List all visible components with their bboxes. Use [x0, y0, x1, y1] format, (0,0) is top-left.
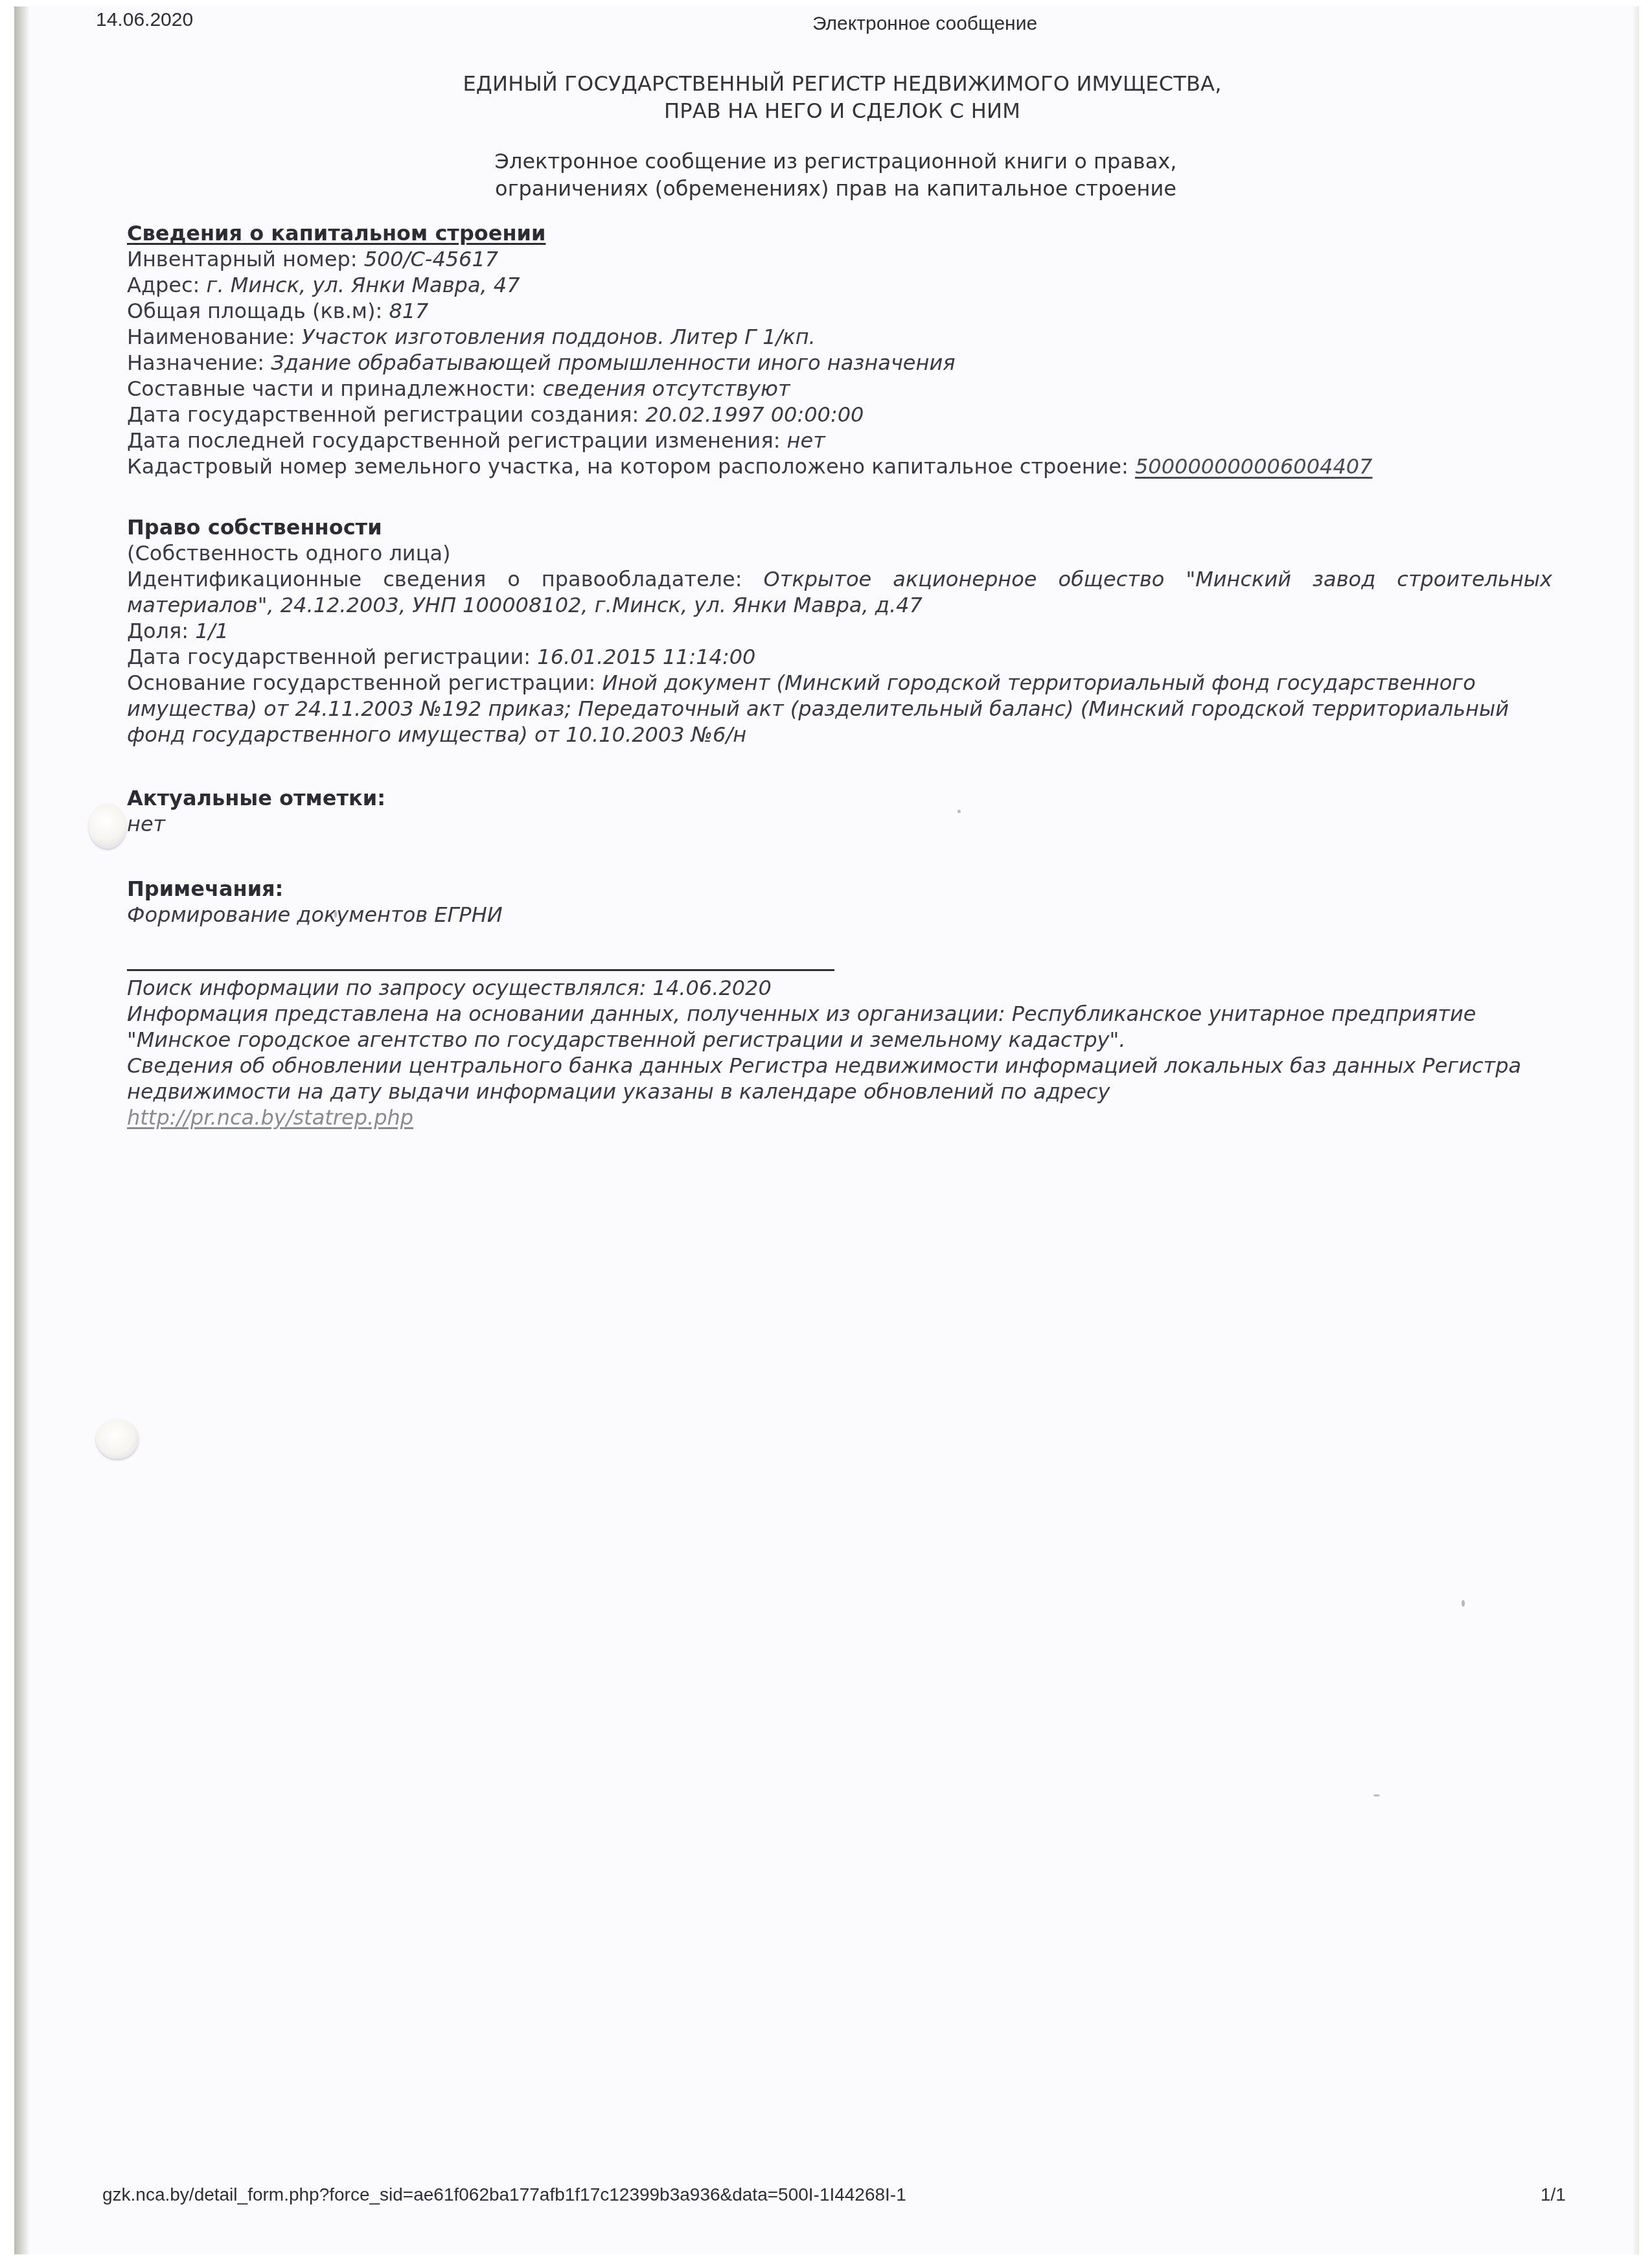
cadastral-number-link[interactable]: 500000000006004407 [1135, 454, 1372, 479]
punch-hole-mark [89, 803, 126, 849]
document-title-line-2: ПРАВ НА НЕГО И СДЕЛОК С НИМ [0, 97, 1652, 124]
building-heading: Сведения о капитальном строении [127, 220, 1552, 246]
registration-date-value: 16.01.2015 11:14:00 [537, 645, 755, 669]
search-date-note: Поиск информации по запросу осуществлялс… [127, 975, 1572, 1001]
punch-hole-mark [96, 1419, 139, 1459]
building-fields: Инвентарный номер: 500/C-45617Адрес: г. … [127, 246, 1552, 453]
cadastral-number-row: Кадастровый номер земельного участка, на… [127, 453, 1552, 479]
field-label: Дата последней государственной регистрац… [127, 428, 787, 453]
current-marks-value: нет [127, 811, 1552, 837]
share-value: 1/1 [195, 619, 229, 643]
field-value: г. Минск, ул. Янки Мавра, 47 [207, 273, 520, 297]
document-subtitle-line-1: Электронное сообщение из регистрационной… [0, 148, 1652, 175]
current-marks-section: Актуальные отметки: нет [127, 785, 1552, 837]
field-value: 500/C-45617 [364, 247, 499, 271]
building-section: Сведения о капитальном строении Инвентар… [127, 220, 1552, 479]
field-label: Составные части и принадлежности: [127, 376, 543, 401]
registration-basis-label: Основание государственной регистрации: [127, 670, 602, 695]
scan-speck [334, 910, 337, 918]
footer-info: Поиск информации по запросу осуществлялс… [127, 975, 1572, 1130]
notes-value: Формирование документов ЕГРНИ [127, 902, 1552, 928]
building-field-row: Адрес: г. Минск, ул. Янки Мавра, 47 [127, 272, 1552, 298]
scan-edge-right [1633, 6, 1639, 2254]
holder-row: Идентификационные сведения о правооблада… [127, 566, 1552, 618]
building-field-row: Назначение: Здание обрабатывающей промыш… [127, 350, 1552, 376]
field-value: сведения отсутствуют [543, 376, 790, 401]
notes-section: Примечания: Формирование документов ЕГРН… [127, 876, 1552, 928]
share-label: Доля: [127, 619, 195, 643]
cadastral-number-label: Кадастровый номер земельного участка, на… [127, 454, 1135, 479]
scan-speck [1373, 1794, 1380, 1796]
document-title-line-1: ЕДИНЫЙ ГОСУДАРСТВЕННЫЙ РЕГИСТР НЕДВИЖИМО… [0, 70, 1652, 97]
document-title: ЕДИНЫЙ ГОСУДАРСТВЕННЫЙ РЕГИСТР НЕДВИЖИМО… [0, 70, 1652, 124]
field-label: Общая площадь (кв.м): [127, 299, 389, 323]
print-header-title: Электронное сообщение [812, 13, 1037, 35]
scan-speck [1462, 1600, 1465, 1607]
ownership-type: (Собственность одного лица) [127, 540, 1552, 566]
field-value: Участок изготовления поддонов. Литер Г 1… [302, 325, 816, 349]
field-label: Назначение: [127, 350, 271, 375]
registration-date-row: Дата государственной регистрации: 16.01.… [127, 644, 1552, 670]
update-calendar-link[interactable]: http://pr.nca.by/statrep.php [127, 1105, 413, 1130]
document-subtitle-line-2: ограничениях (обременениях) прав на капи… [0, 175, 1652, 202]
field-label: Инвентарный номер: [127, 247, 364, 271]
document-body: Сведения о капитальном строении Инвентар… [127, 220, 1552, 1130]
ownership-section: Право собственности (Собственность одног… [127, 514, 1552, 748]
field-label: Наименование: [127, 325, 302, 349]
ownership-heading: Право собственности [127, 514, 1552, 540]
document-subtitle: Электронное сообщение из регистрационной… [0, 148, 1652, 202]
building-field-row: Дата последней государственной регистрац… [127, 428, 1552, 453]
field-label: Дата государственной регистрации создани… [127, 402, 645, 427]
holder-label: Идентификационные сведения о правооблада… [127, 567, 764, 591]
print-footer-page: 1/1 [1541, 2184, 1566, 2205]
print-footer-url: gzk.nca.by/detail_form.php?force_sid=ae6… [102, 2184, 906, 2205]
building-field-row: Общая площадь (кв.м): 817 [127, 298, 1552, 324]
data-source-note: Информация представлена на основании дан… [127, 1001, 1572, 1053]
field-value: Здание обрабатывающей промышленности ино… [271, 350, 955, 375]
building-field-row: Наименование: Участок изготовления поддо… [127, 324, 1552, 350]
field-label: Адрес: [127, 273, 207, 297]
building-field-row: Составные части и принадлежности: сведен… [127, 376, 1552, 402]
field-value: нет [787, 428, 825, 453]
current-marks-heading: Актуальные отметки: [127, 785, 1552, 811]
print-date: 14.06.2020 [96, 9, 193, 31]
field-value: 20.02.1997 00:00:00 [645, 402, 864, 427]
scan-speck [958, 810, 961, 813]
share-row: Доля: 1/1 [127, 618, 1552, 644]
building-field-row: Инвентарный номер: 500/C-45617 [127, 246, 1552, 272]
scan-edge-left [14, 6, 30, 2254]
registration-date-label: Дата государственной регистрации: [127, 645, 537, 669]
update-note: Сведения об обновлении центрального банк… [127, 1053, 1572, 1105]
field-value: 817 [389, 299, 428, 323]
building-field-row: Дата государственной регистрации создани… [127, 402, 1552, 428]
footer-divider [127, 969, 834, 971]
notes-heading: Примечания: [127, 876, 1552, 902]
registration-basis-row: Основание государственной регистрации: И… [127, 670, 1539, 748]
